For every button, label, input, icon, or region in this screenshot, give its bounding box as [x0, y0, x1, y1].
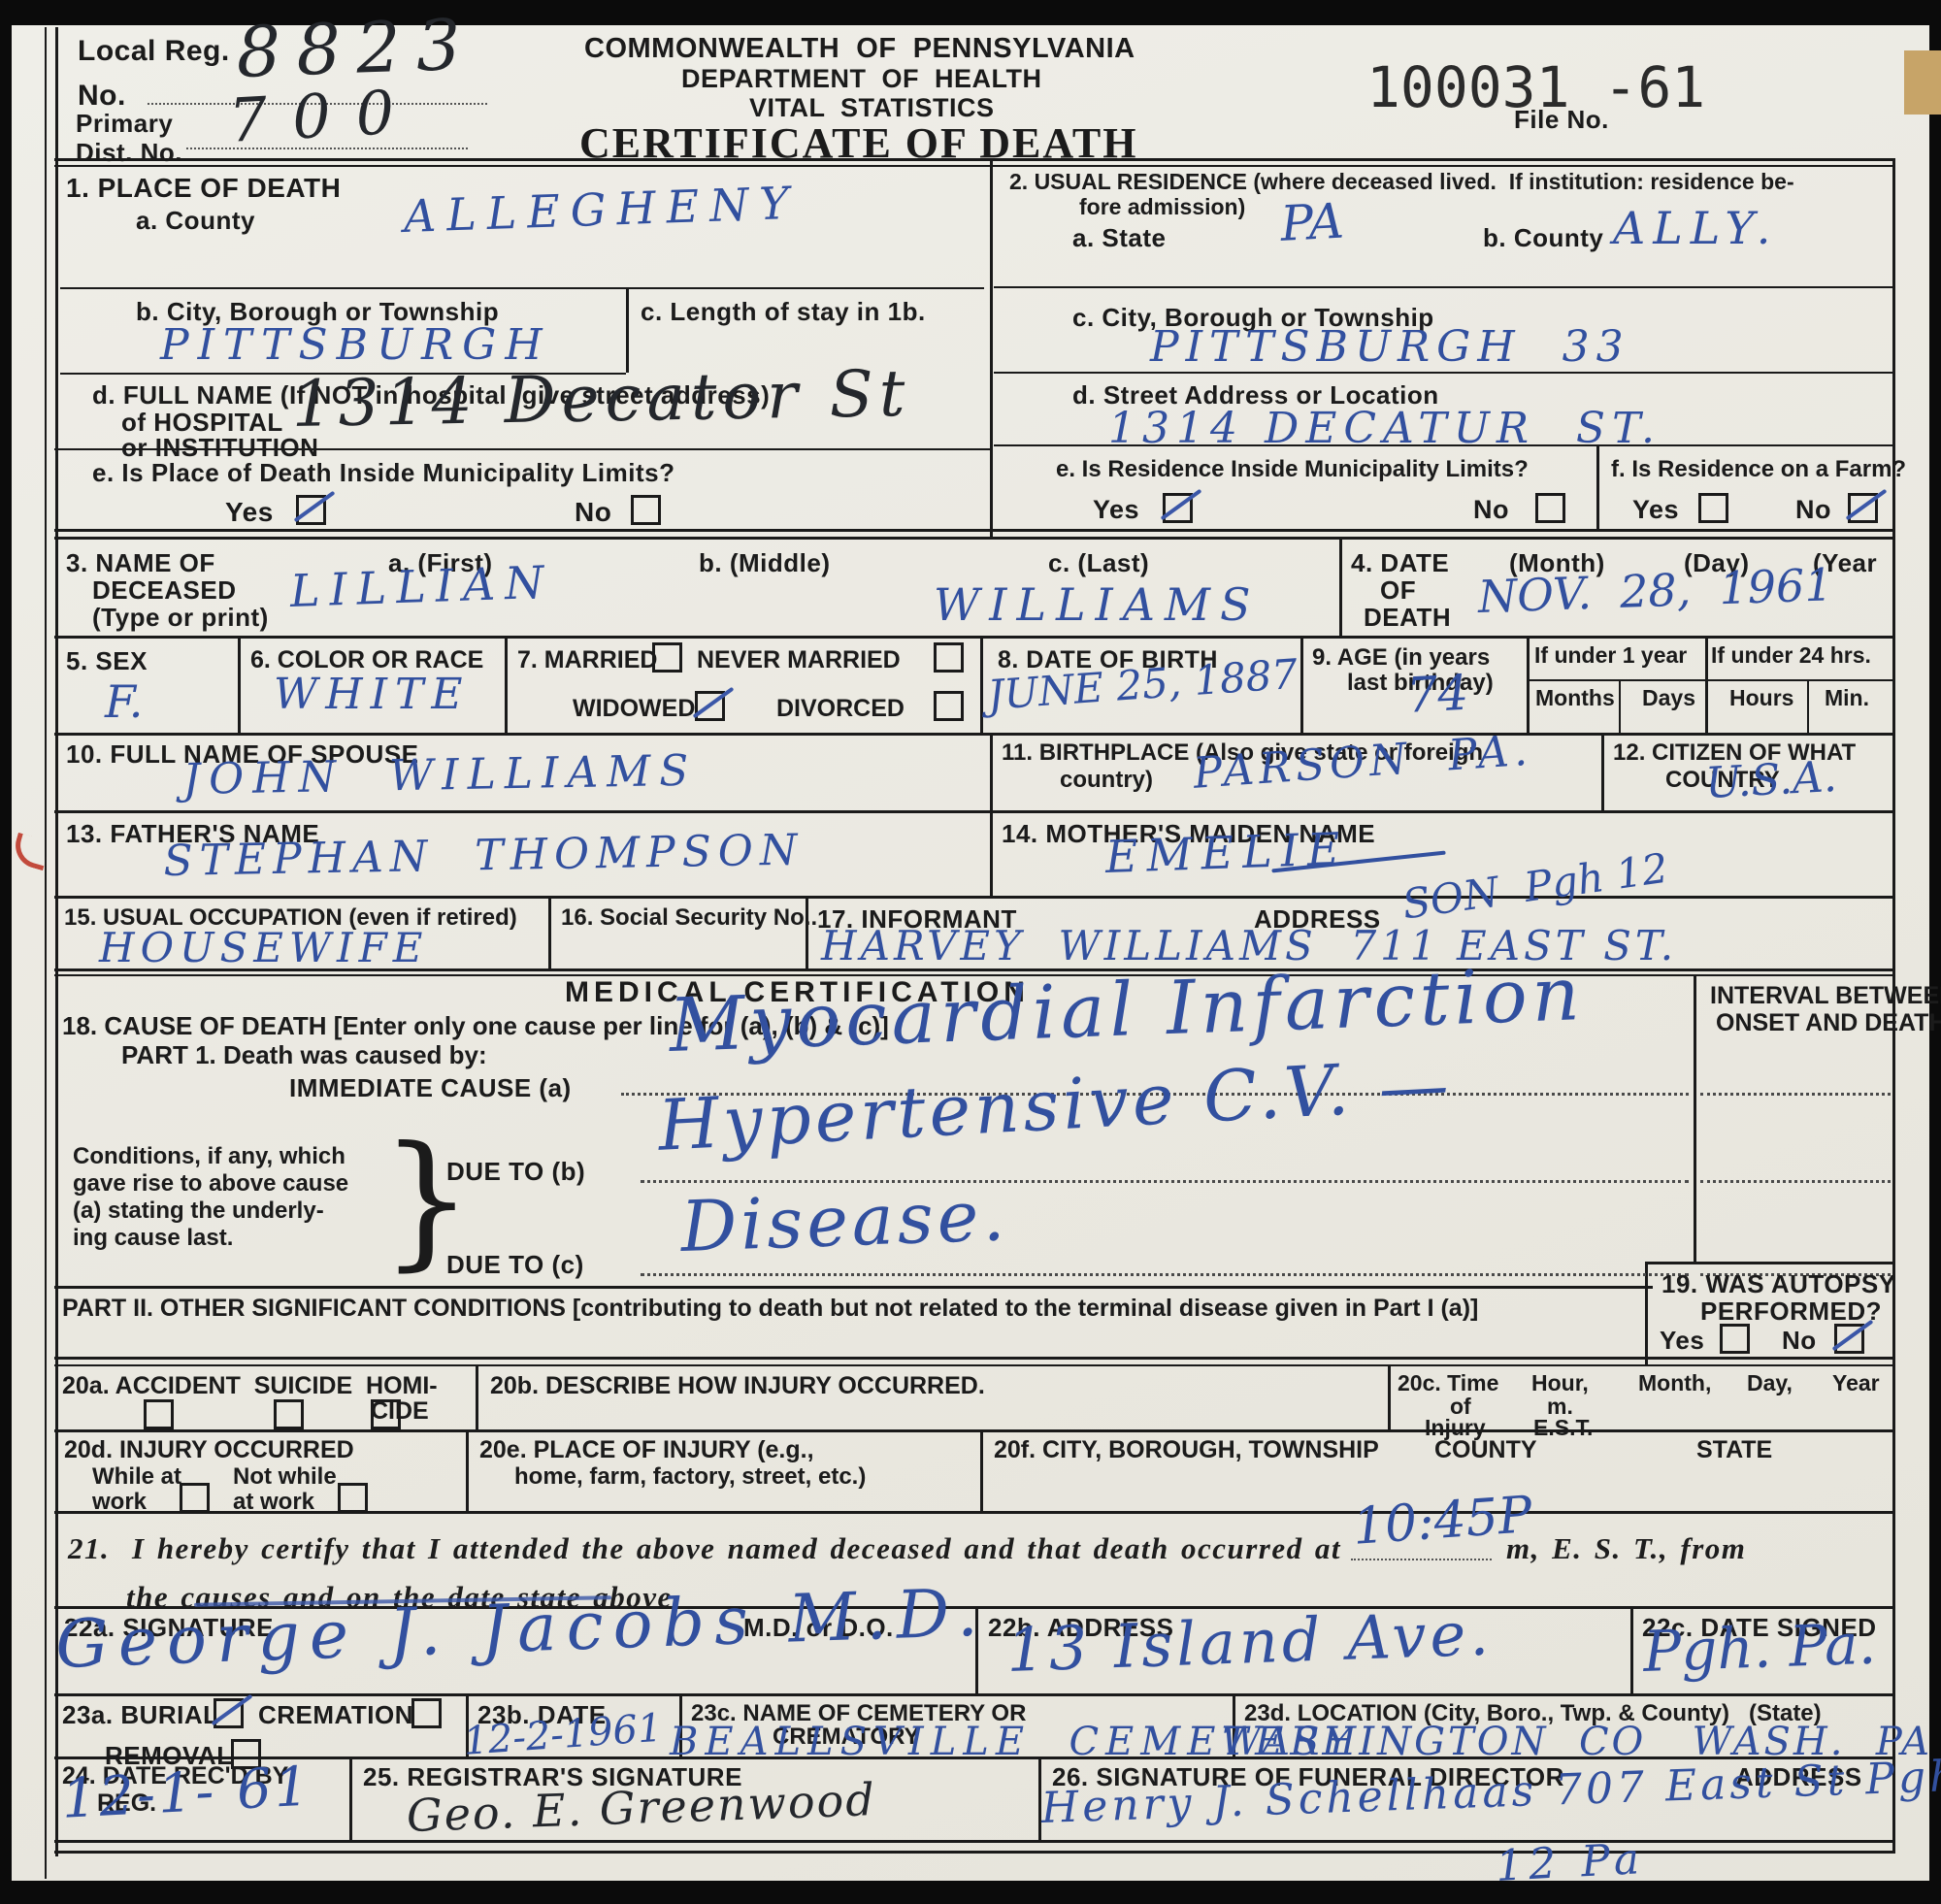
grid-line	[54, 158, 1895, 161]
year-label: Year	[1832, 1370, 1880, 1396]
yes-label: Yes	[1660, 1326, 1704, 1356]
injury-city-label: 20f. CITY, BOROUGH, TOWNSHIP	[994, 1436, 1379, 1464]
grid-line	[54, 165, 1895, 167]
certify-number: 21.	[68, 1531, 110, 1566]
grid-line	[994, 372, 1892, 374]
checkbox-homicide	[371, 1399, 401, 1429]
occupation-value: HOUSEWIFE	[99, 924, 428, 971]
street-value: 1314 DECATUR ST.	[1108, 404, 1661, 453]
grid-line	[1630, 1606, 1633, 1693]
yes-label: Yes	[1093, 495, 1139, 525]
race-value: WHITE	[274, 670, 470, 719]
entry-line	[1700, 1093, 1891, 1096]
cause-c-value: Disease.	[679, 1174, 1009, 1267]
res-inside-limits-label: e. Is Residence Inside Municipality Limi…	[1056, 456, 1529, 483]
at-work-label: at work	[233, 1489, 314, 1516]
grid-line	[54, 529, 1895, 532]
name-of-deceased-label: 3. NAME OF	[66, 548, 215, 578]
certify-text2: m, E. S. T., from	[1506, 1531, 1746, 1566]
funeral-director-value2: 12 Pa	[1495, 1834, 1646, 1891]
county-label: a. County	[136, 206, 255, 236]
checkbox-farm-no	[1848, 493, 1878, 523]
due-to-c-label: DUE TO (c)	[446, 1250, 584, 1280]
conditions-label4: ing cause last.	[73, 1225, 233, 1252]
date-signed-value: Pgh. Pa.	[1642, 1611, 1877, 1685]
no-label: No	[575, 497, 611, 528]
hospital-name-value: 1314 Decator St	[291, 356, 911, 442]
grid-line	[54, 810, 1895, 813]
interval-label1: INTERVAL BETWEEN	[1710, 982, 1941, 1010]
no-label: No	[1795, 495, 1831, 525]
checkbox-cremation	[411, 1698, 442, 1728]
cremation-label: CREMATION	[258, 1700, 413, 1730]
place-of-injury-label2: home, farm, factory, street, etc.)	[514, 1463, 866, 1491]
deceased-label2: DECEASED	[92, 575, 236, 606]
grid-line	[1807, 679, 1809, 733]
never-married-label: NEVER MARRIED	[697, 646, 901, 674]
checkbox-widowed	[695, 691, 725, 721]
under-24-hrs-label: If under 24 hrs.	[1711, 642, 1871, 669]
injury-occurred-label: 20d. INJURY OCCURRED	[64, 1436, 354, 1464]
part2-label: PART II. OTHER SIGNIFICANT CONDITIONS [c…	[62, 1295, 1478, 1323]
immediate-cause-label: IMMEDIATE CAUSE (a)	[289, 1073, 572, 1103]
ssn-label: 16. Social Security No..	[561, 904, 817, 932]
checkbox-divorced	[934, 691, 964, 721]
days-label: Days	[1642, 685, 1695, 711]
no-label: No	[1473, 495, 1509, 525]
usual-residence-title: 2. USUAL RESIDENCE (where deceased lived…	[1009, 169, 1794, 195]
birthplace-label2: country)	[1060, 767, 1153, 794]
grid-line	[1694, 974, 1696, 1262]
certify-text1: I hereby certify that I attended the abo…	[132, 1531, 1341, 1566]
citizen-value: U.S.A.	[1704, 752, 1838, 808]
grid-line	[54, 537, 1895, 540]
est-label: E.S.T.	[1533, 1415, 1593, 1441]
checkbox-never-married	[934, 642, 964, 673]
grid-line	[1601, 733, 1604, 810]
autopsy-label2: PERFORMED?	[1700, 1297, 1882, 1327]
checkbox-autopsy-no	[1834, 1324, 1864, 1354]
org-line1: COMMONWEALTH OF PENNSYLVANIA	[584, 33, 1135, 65]
checkbox-place-inside-yes	[296, 495, 326, 525]
months-label: Months	[1535, 685, 1615, 711]
checkbox-res-inside-no	[1535, 493, 1565, 523]
last-name-value: WILLIAMS	[934, 578, 1261, 631]
grid-line	[54, 1429, 1895, 1432]
hour-label: Hour,	[1531, 1370, 1589, 1396]
checkbox-accident	[144, 1399, 174, 1429]
date-of-death-label: 4. DATE	[1351, 548, 1449, 578]
grid-line	[994, 286, 1892, 288]
grid-line	[1527, 636, 1530, 733]
grid-line	[1527, 679, 1895, 681]
entry-line	[1700, 1180, 1891, 1183]
grid-line	[54, 1286, 1653, 1289]
date-of-death-label2: OF	[1380, 575, 1416, 606]
time-of-injury-label: 20c. Time	[1398, 1370, 1498, 1396]
place-of-death-title: 1. PLACE OF DEATH	[66, 173, 341, 204]
grid-line	[54, 1511, 1895, 1514]
checkbox-autopsy-yes	[1720, 1324, 1750, 1354]
grid-line	[54, 1357, 1895, 1360]
place-of-injury-label: 20e. PLACE OF INJURY (e.g.,	[479, 1436, 814, 1464]
month-label: Month,	[1638, 1370, 1711, 1396]
not-while-label: Not while	[233, 1463, 337, 1491]
usual-residence-title2: fore admission)	[1079, 194, 1245, 220]
grid-line	[980, 636, 983, 733]
mother-name-value: EMELIE	[1104, 822, 1349, 883]
grid-line	[1645, 1262, 1648, 1364]
scanned-death-certificate: Local Reg. No. 8823 Primary Dist. No. 70…	[0, 0, 1941, 1904]
widowed-label: WIDOWED	[573, 695, 695, 723]
deceased-label3: (Type or print)	[92, 603, 269, 633]
inside-limits-label: e. Is Place of Death Inside Municipality…	[92, 458, 674, 488]
grid-line	[505, 636, 508, 733]
describe-injury-label: 20b. DESCRIBE HOW INJURY OCCURRED.	[490, 1372, 985, 1400]
grid-line	[1645, 1262, 1895, 1264]
grid-line	[1705, 636, 1708, 733]
grid-line	[990, 158, 993, 537]
state-label: a. State	[1072, 223, 1167, 253]
org-line2: DEPARTMENT OF HEALTH	[681, 64, 1041, 94]
interval-label2: ONSET AND DEATH	[1716, 1009, 1941, 1037]
divorced-label: DIVORCED	[776, 695, 905, 723]
farm-label: f. Is Residence on a Farm?	[1611, 456, 1906, 483]
due-to-b-label: DUE TO (b)	[446, 1157, 585, 1187]
sex-label: 5. SEX	[66, 646, 148, 676]
day-label: Day,	[1747, 1370, 1793, 1396]
date-received-value: 12-1- 61	[60, 1756, 313, 1831]
state-value: PA	[1279, 193, 1345, 252]
married-label: 7. MARRIED	[517, 646, 657, 674]
grid-line	[1619, 679, 1621, 733]
primary-dist-value: 700	[227, 76, 421, 156]
while-at-label: While at	[92, 1463, 181, 1491]
checkbox-farm-yes	[1698, 493, 1728, 523]
grid-line	[54, 1693, 1895, 1696]
grid-line	[626, 287, 629, 373]
spouse-value: JOHN WILLIAMS	[182, 746, 698, 804]
grid-line	[990, 733, 993, 896]
dist-no-label: Dist. No.	[76, 138, 182, 168]
date-of-death-label3: DEATH	[1364, 603, 1451, 633]
middle-name-label: b. (Middle)	[699, 548, 830, 578]
checkbox-res-inside-yes	[1163, 493, 1193, 523]
checkbox-suicide	[274, 1399, 304, 1429]
grid-line	[60, 287, 984, 289]
grid-line	[980, 1429, 983, 1511]
grid-line	[476, 1364, 478, 1429]
checkbox-while-at-work	[180, 1483, 210, 1513]
res-city-value: PITTSBURGH 33	[1150, 322, 1630, 372]
work-label: work	[92, 1489, 147, 1516]
grid-line	[54, 733, 1895, 736]
paper-corner-tear	[1904, 50, 1941, 115]
res-county-label: b. County	[1483, 223, 1603, 253]
injury-state-label: STATE	[1696, 1436, 1772, 1464]
checkbox-burial	[214, 1698, 244, 1728]
burial-label: 23a. BURIAL	[62, 1700, 219, 1730]
checkbox-married	[652, 642, 682, 673]
grid-line	[466, 1429, 469, 1511]
conditions-label2: gave rise to above cause	[73, 1170, 348, 1198]
yes-label: Yes	[225, 497, 274, 528]
grid-line	[349, 1756, 352, 1840]
injury-county-label: COUNTY	[1434, 1436, 1537, 1464]
grid-line	[1596, 444, 1599, 532]
last-name-label: c. (Last)	[1048, 548, 1149, 578]
sex-value: F.	[105, 675, 143, 728]
length-of-stay-label: c. Length of stay in 1b.	[641, 297, 926, 327]
conditions-label1: Conditions, if any, which	[73, 1143, 345, 1170]
age-value: 74	[1405, 665, 1470, 724]
grid-line	[55, 27, 58, 1856]
part1-label: PART 1. Death was caused by:	[121, 1040, 487, 1070]
primary-label: Primary	[76, 109, 173, 139]
grid-line	[548, 896, 551, 968]
res-county-value: ALLY.	[1613, 202, 1778, 254]
hours-label: Hours	[1729, 685, 1793, 711]
min-label: Min.	[1825, 685, 1869, 711]
autopsy-label1: 19. WAS AUTOPSY	[1661, 1269, 1896, 1299]
grid-line	[1300, 636, 1303, 733]
grid-line	[1388, 1364, 1391, 1429]
grid-line	[1339, 537, 1342, 636]
city-value: PITTSBURGH	[160, 320, 551, 370]
yes-label: Yes	[1632, 495, 1679, 525]
grid-line	[238, 636, 241, 733]
first-name-value: LILLIAN	[289, 556, 554, 617]
grid-line	[54, 1364, 1895, 1366]
entry-line	[641, 1273, 1689, 1276]
grid-line	[54, 636, 1895, 639]
entry-line	[1351, 1559, 1492, 1560]
checkbox-place-inside-no	[631, 495, 661, 525]
accident-suicide-label: 20a. ACCIDENT SUICIDE HOMI-	[62, 1372, 438, 1400]
no-label: No	[1782, 1326, 1817, 1356]
under-1-year-label: If under 1 year	[1534, 642, 1687, 669]
file-no-label: File No.	[1514, 105, 1609, 135]
checkbox-not-while-at-work	[338, 1483, 368, 1513]
grid-line	[45, 27, 47, 1879]
local-reg-no-label: No.	[78, 80, 126, 113]
local-reg-label: Local Reg.	[78, 35, 230, 68]
conditions-label3: (a) stating the underly-	[73, 1198, 324, 1225]
